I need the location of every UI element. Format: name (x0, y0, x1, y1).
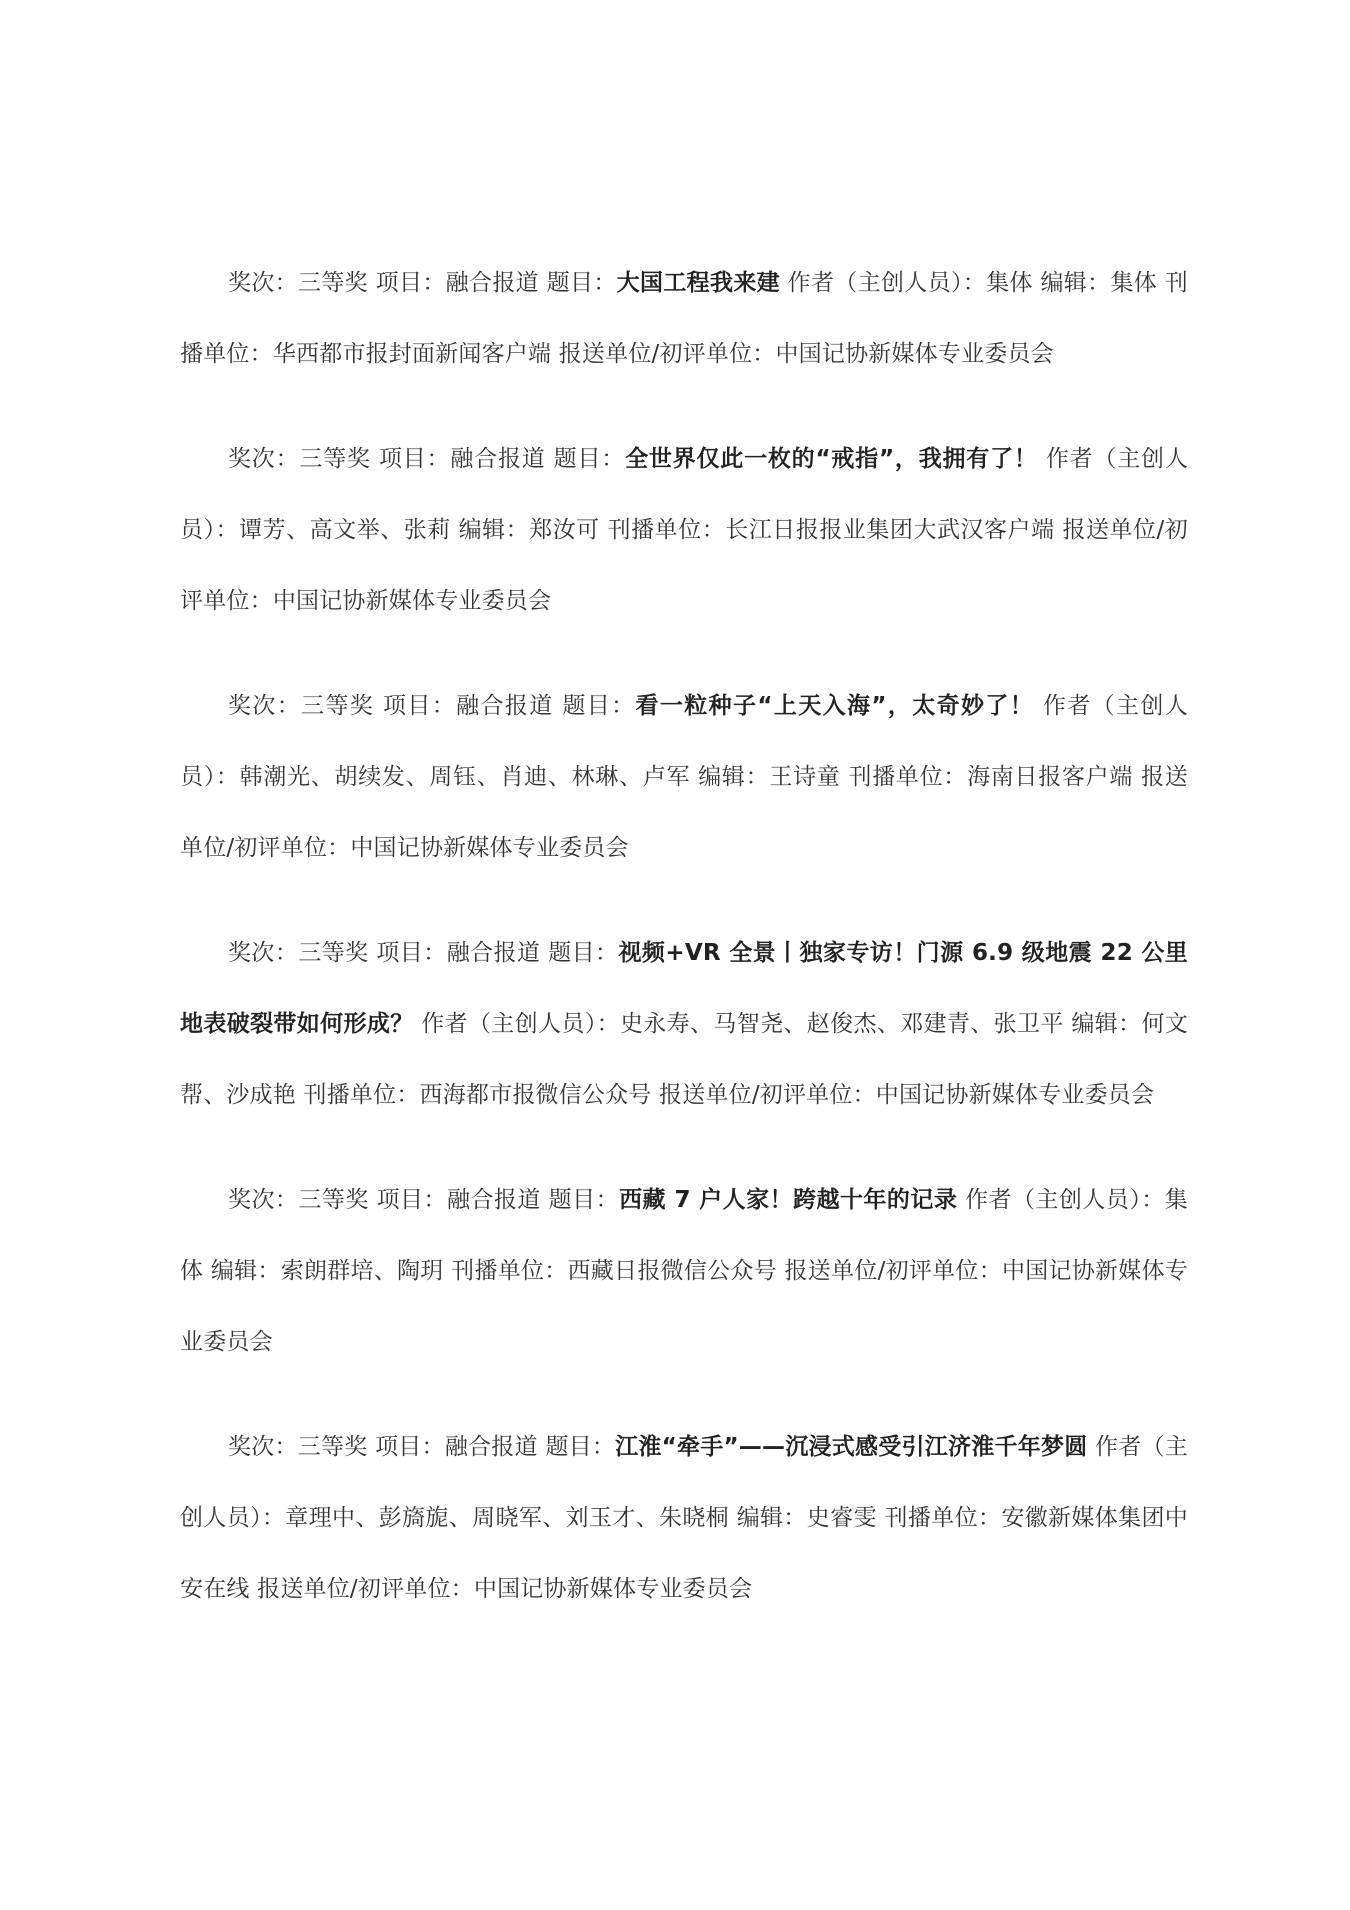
author-value: 韩潮光、胡续发、周钰、肖迪、林琳、卢军 (240, 764, 691, 790)
author-label: 作者（主创人员）： (965, 1187, 1165, 1213)
project-value: 融合报道 (445, 1434, 538, 1460)
author-value: 谭芳、高文举、张莉 (239, 517, 451, 543)
project-value: 融合报道 (450, 446, 545, 472)
submitter-value: 中国记协新媒体专业委员会 (876, 1082, 1154, 1108)
entry-title: 全世界仅此一枚的“戒指”，我拥有了！ (625, 446, 1038, 472)
title-label: 题目： (554, 446, 625, 472)
project-value: 融合报道 (456, 693, 554, 719)
award-label: 奖次： (228, 940, 298, 966)
publisher-value: 西藏日报微信公众号 (568, 1258, 777, 1284)
project-label: 项目： (383, 693, 456, 719)
entry-title: 看一粒种子“上天入海”，太奇妙了！ (636, 693, 1035, 719)
editor-label: 编辑： (698, 764, 769, 790)
submitter-value: 中国记协新媒体专业委员会 (775, 341, 1053, 367)
project-label: 项目： (376, 940, 446, 966)
award-value: 三等奖 (299, 446, 370, 472)
project-value: 融合报道 (447, 940, 541, 966)
author-label: 作者（主创人员）： (788, 270, 987, 296)
author-label: 作者（主创人员）： (421, 1011, 620, 1037)
editor-value: 王诗童 (769, 764, 840, 790)
entry-title: 西藏 7 户人家！跨越十年的记录 (619, 1187, 957, 1213)
editor-value: 索朗群培、陶玥 (281, 1258, 444, 1284)
editor-label: 编辑： (737, 1505, 807, 1531)
award-value: 三等奖 (298, 270, 368, 296)
entry-title: 江淮“牵手”——沉浸式感受引江济淮千年梦圆 (615, 1434, 1087, 1460)
award-label: 奖次： (228, 1434, 298, 1460)
author-value: 集体 (986, 270, 1033, 296)
project-label: 项目： (377, 1187, 447, 1213)
submitter-value: 中国记协新媒体专业委员会 (350, 835, 628, 861)
publisher-label: 刊播单位： (608, 517, 726, 543)
editor-value: 史睿雯 (807, 1505, 877, 1531)
award-entry: 奖次：三等奖 项目：融合报道 题目：视频+VR 全景丨独家专访！门源 6.9 级… (180, 918, 1188, 1131)
award-entry: 奖次：三等奖 项目：融合报道 题目：看一粒种子“上天入海”，太奇妙了！ 作者（主… (180, 671, 1188, 884)
editor-label: 编辑： (1040, 270, 1110, 296)
editor-label: 编辑： (459, 517, 530, 543)
submitter-label: 报送单位/初评单位： (559, 341, 776, 367)
publisher-label: 刊播单位： (885, 1505, 1002, 1531)
editor-value: 集体 (1110, 270, 1157, 296)
award-entry: 奖次：三等奖 项目：融合报道 题目：江淮“牵手”——沉浸式感受引江济淮千年梦圆 … (180, 1412, 1188, 1625)
submitter-label: 报送单位/初评单位： (659, 1082, 876, 1108)
award-entry: 奖次：三等奖 项目：融合报道 题目：西藏 7 户人家！跨越十年的记录 作者（主创… (180, 1165, 1188, 1378)
project-value: 融合报道 (447, 1187, 541, 1213)
document-page: 奖次：三等奖 项目：融合报道 题目：大国工程我来建 作者（主创人员）：集体 编辑… (180, 248, 1188, 1659)
publisher-label: 刊播单位： (451, 1258, 567, 1284)
title-label: 题目： (545, 1434, 615, 1460)
title-label: 题目： (547, 270, 617, 296)
submitter-value: 中国记协新媒体专业委员会 (273, 588, 551, 614)
award-entry: 奖次：三等奖 项目：融合报道 题目：大国工程我来建 作者（主创人员）：集体 编辑… (180, 248, 1188, 390)
title-label: 题目： (562, 693, 635, 719)
award-label: 奖次： (228, 1187, 298, 1213)
entry-title: 大国工程我来建 (617, 270, 780, 296)
publisher-value: 华西都市报封面新闻客户端 (273, 341, 551, 367)
submitter-label: 报送单位/初评单位： (257, 1576, 474, 1602)
award-value: 三等奖 (298, 1434, 368, 1460)
award-value: 三等奖 (298, 1187, 368, 1213)
title-label: 题目： (548, 940, 618, 966)
award-entry: 奖次：三等奖 项目：融合报道 题目：全世界仅此一枚的“戒指”，我拥有了！ 作者（… (180, 424, 1188, 637)
publisher-value: 长江日报报业集团大武汉客户端 (725, 517, 1054, 543)
project-value: 融合报道 (446, 270, 539, 296)
submitter-label: 报送单位/初评单位： (785, 1258, 1002, 1284)
editor-label: 编辑： (211, 1258, 281, 1284)
award-label: 奖次： (228, 446, 299, 472)
editor-value: 郑汝可 (529, 517, 600, 543)
publisher-label: 刊播单位： (304, 1082, 420, 1108)
title-label: 题目： (549, 1187, 619, 1213)
project-label: 项目： (376, 270, 446, 296)
editor-label: 编辑： (1071, 1011, 1141, 1037)
publisher-value: 海南日报客户端 (967, 764, 1133, 790)
author-value: 章理中、彭旖旎、周晓军、刘玉才、朱晓桐 (285, 1505, 729, 1531)
award-value: 三等奖 (298, 940, 368, 966)
submitter-value: 中国记协新媒体专业委员会 (474, 1576, 752, 1602)
author-value: 史永寿、马智尧、赵俊杰、邓建青、张卫平 (620, 1011, 1064, 1037)
award-label: 奖次： (228, 270, 298, 296)
publisher-value: 西海都市报微信公众号 (420, 1082, 652, 1108)
publisher-label: 刊播单位： (849, 764, 968, 790)
project-label: 项目： (379, 446, 450, 472)
project-label: 项目： (375, 1434, 445, 1460)
award-value: 三等奖 (301, 693, 374, 719)
award-label: 奖次： (228, 693, 301, 719)
